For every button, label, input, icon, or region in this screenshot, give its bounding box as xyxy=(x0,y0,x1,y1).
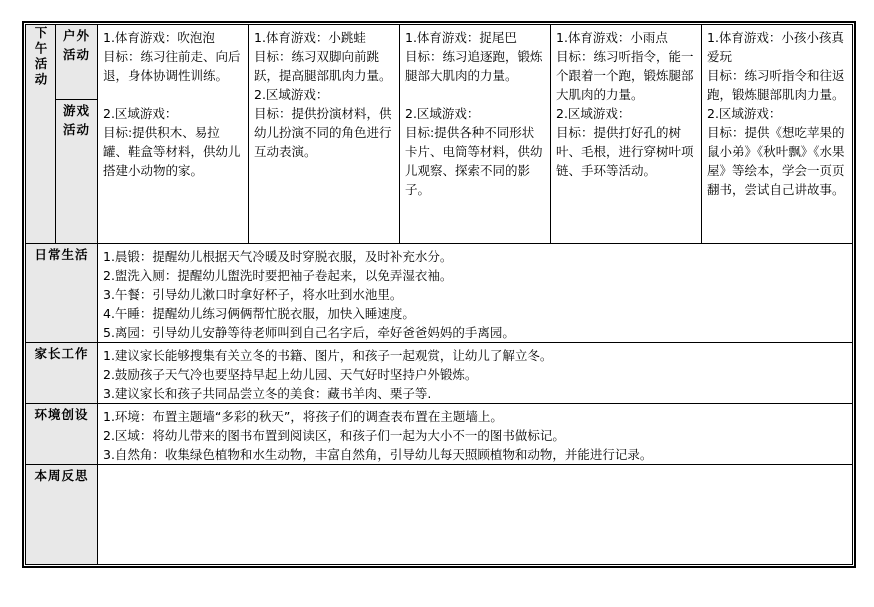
row-label-parent-work: 家长工作 xyxy=(26,343,98,404)
daily-life-cell: 1.晨锻：提醒幼儿根据天气冷暖及时穿脱衣服，及时补充水分。 2.盥洗入厕：提醒幼… xyxy=(98,244,853,343)
day1-afternoon-cell: 1.体育游戏：吹泡泡 目标：练习往前走、向后退，身体协调性训练。 2.区域游戏：… xyxy=(98,25,249,244)
row-label-afternoon-activities: 下午活动 xyxy=(26,25,56,244)
day2-afternoon-cell: 1.体育游戏：小跳蛙 目标：练习双脚向前跳跃，提高腿部肌肉力量。 2.区域游戏：… xyxy=(249,25,400,244)
day3-afternoon-cell: 1.体育游戏：捉尾巴 目标：练习追逐跑，锻炼腿部大肌肉的力量。 2.区域游戏： … xyxy=(400,25,551,244)
weekly-plan-table-frame: 下午活动 户外活动 1.体育游戏：吹泡泡 目标：练习往前走、向后退，身体协调性训… xyxy=(22,21,856,568)
row-label-daily-life: 日常生活 xyxy=(26,244,98,343)
parent-work-cell: 1.建议家长能够搜集有关立冬的书籍、图片，和孩子一起观赏，让幼儿了解立冬。 2.… xyxy=(98,343,853,404)
day4-afternoon-cell: 1.体育游戏：小雨点 目标：练习听指令，能一个跟着一个跑，锻炼腿部大肌肉的力量。… xyxy=(551,25,702,244)
day5-afternoon-cell: 1.体育游戏：小孩小孩真爱玩 目标：练习听指令和往返跑，锻炼腿部肌肉力量。 2.… xyxy=(702,25,853,244)
environment-setup-cell: 1.环境：布置主题墙“多彩的秋天”，将孩子们的调查表布置在主题墙上。 2.区域：… xyxy=(98,404,853,465)
row-label-environment-setup: 环境创设 xyxy=(26,404,98,465)
row-label-weekly-reflection: 本周反思 xyxy=(26,465,98,565)
subrow-label-game-activities: 游戏活动 xyxy=(56,100,98,244)
row-label-afternoon-activities-text: 下午活动 xyxy=(31,26,50,88)
weekly-plan-table: 下午活动 户外活动 1.体育游戏：吹泡泡 目标：练习往前走、向后退，身体协调性训… xyxy=(25,24,853,565)
subrow-label-outdoor-activities: 户外活动 xyxy=(56,25,98,100)
weekly-reflection-cell xyxy=(98,465,853,565)
